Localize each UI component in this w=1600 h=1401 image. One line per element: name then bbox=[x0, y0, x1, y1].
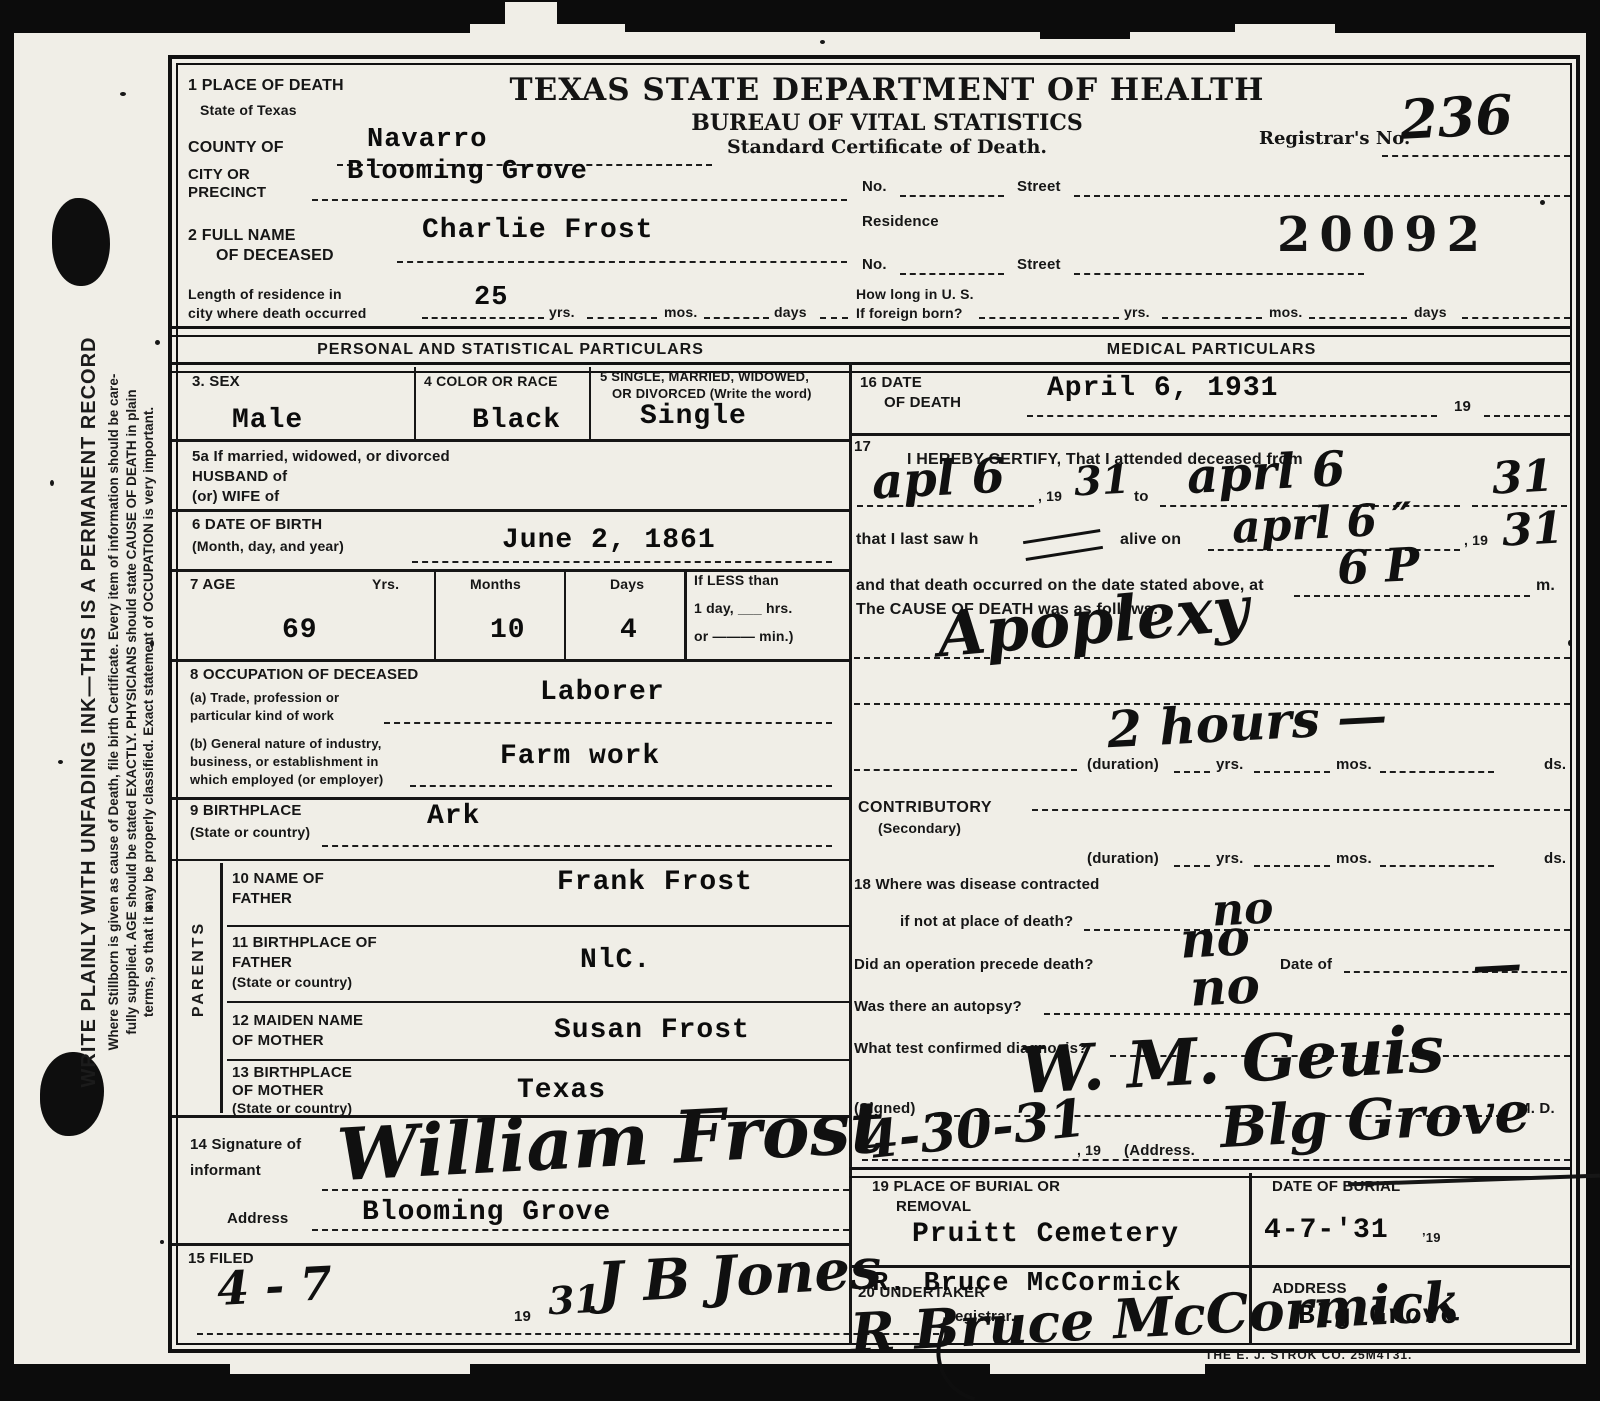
rule bbox=[197, 1333, 939, 1335]
death-certificate-scan: WRITE PLAINLY WITH UNFADING INK—THIS IS … bbox=[0, 0, 1600, 1401]
dob-sublabel: (Month, day, and year) bbox=[192, 539, 344, 555]
rule bbox=[172, 362, 1572, 373]
margin-instruction-line: WRITE PLAINLY WITH UNFADING INK—THIS IS … bbox=[78, 72, 100, 1352]
street-label: Street bbox=[1017, 257, 1061, 274]
if-less-label: If LESS than bbox=[694, 573, 779, 589]
parents-label: PARENTS bbox=[190, 869, 208, 1069]
fullname-label: 2 FULL NAME bbox=[188, 227, 296, 245]
speck bbox=[160, 1240, 164, 1244]
nineteen-label: 19 bbox=[1454, 399, 1471, 416]
mos-label: mos. bbox=[1269, 305, 1302, 321]
date-of-death-value: April 6, 1931 bbox=[1047, 373, 1278, 404]
age-years-value: 69 bbox=[282, 615, 318, 646]
occupation-label: 8 OCCUPATION OF DECEASED bbox=[190, 667, 418, 684]
rule bbox=[979, 317, 1119, 319]
age-days-label: Days bbox=[610, 577, 644, 593]
filed-year-value: 31 bbox=[547, 1278, 602, 1323]
speck bbox=[58, 760, 63, 764]
birthplace-value: Ark bbox=[427, 801, 480, 832]
scan-gap bbox=[505, 2, 557, 24]
husband-of-label: HUSBAND of bbox=[192, 469, 287, 486]
informant-label2: informant bbox=[190, 1163, 261, 1180]
county-label: COUNTY OF bbox=[188, 139, 284, 157]
sex-label: 3. SEX bbox=[192, 374, 240, 391]
street-label: Street bbox=[1017, 179, 1061, 196]
filed-19: 19 bbox=[514, 1309, 531, 1326]
rule bbox=[849, 1265, 1572, 1268]
rule bbox=[820, 317, 848, 319]
mos-label: mos. bbox=[664, 305, 697, 321]
ds-label: ds. bbox=[1544, 851, 1566, 868]
speck bbox=[50, 480, 54, 486]
rule bbox=[384, 722, 832, 724]
rule bbox=[410, 785, 832, 787]
residence-length-label: Length of residence in bbox=[188, 287, 342, 303]
fullname-value: Charlie Frost bbox=[422, 215, 653, 246]
contributory-label: CONTRIBUTORY bbox=[858, 799, 992, 817]
cell-divider bbox=[684, 571, 687, 659]
date-of-death-label: 16 DATE bbox=[860, 375, 922, 392]
father-name-label2: FATHER bbox=[232, 891, 292, 908]
age-months-label: Months bbox=[470, 577, 521, 593]
rule bbox=[322, 845, 832, 847]
father-birthplace-label2: FATHER bbox=[232, 955, 292, 972]
informant-address-value: Blooming Grove bbox=[362, 1197, 611, 1228]
rule bbox=[900, 195, 1004, 197]
no-label: No. bbox=[862, 257, 887, 274]
subtitle: BUREAU OF VITAL STATISTICS bbox=[472, 111, 1302, 136]
rule bbox=[312, 1229, 849, 1231]
attended-from-year: 31 bbox=[1073, 458, 1131, 506]
rule bbox=[1074, 195, 1570, 197]
rule bbox=[1382, 155, 1570, 157]
mother-birthplace-label: 13 BIRTHPLACE bbox=[232, 1065, 352, 1082]
rule bbox=[1344, 971, 1567, 973]
occupation-b-label2: business, or establishment in bbox=[190, 755, 379, 770]
birthplace-label: 9 BIRTHPLACE bbox=[190, 803, 302, 820]
alive-on-label: alive on bbox=[1120, 531, 1181, 549]
cell-divider bbox=[564, 571, 566, 659]
attended-to-value: aprl 6 bbox=[1186, 443, 1347, 505]
rule bbox=[1044, 1013, 1570, 1015]
filed-date-value: 4 - 7 bbox=[216, 1258, 334, 1315]
attended-to-year: 31 bbox=[1491, 451, 1555, 503]
scan-border-left bbox=[0, 0, 14, 1401]
title: TEXAS STATE DEPARTMENT OF HEALTH bbox=[472, 73, 1302, 108]
date-of-burial-value: 4-7-'31 bbox=[1264, 1215, 1389, 1246]
age-days-value: 4 bbox=[620, 615, 638, 646]
how-long-us-label: How long in U. S. bbox=[856, 287, 974, 303]
residence-label: Residence bbox=[862, 214, 939, 231]
duration-value: 2 hours — bbox=[1106, 688, 1389, 759]
rule bbox=[172, 509, 849, 512]
registrar-signature: J B Jones bbox=[596, 1238, 883, 1316]
margin-instruction-line: Where Stillborn is given as cause of Dea… bbox=[106, 72, 121, 1352]
dob-value: June 2, 1861 bbox=[502, 525, 716, 556]
rule bbox=[704, 317, 769, 319]
occupation-b-label3: which employed (or employer) bbox=[190, 773, 383, 788]
father-birthplace-label: 11 BIRTHPLACE OF bbox=[232, 935, 377, 952]
comma-19: , 19 bbox=[1464, 533, 1488, 549]
rule bbox=[849, 433, 1572, 436]
date-of-label: Date of bbox=[1280, 957, 1332, 974]
occupation-a-label: (a) Trade, profession or bbox=[190, 691, 339, 706]
marital-value: Single bbox=[640, 401, 747, 432]
section-17: 17 bbox=[854, 439, 871, 456]
rule bbox=[172, 797, 849, 800]
certificate-body: 1 PLACE OF DEATH State of Texas TEXAS ST… bbox=[168, 55, 1580, 1353]
fullname-label2: OF DECEASED bbox=[216, 247, 334, 265]
scan-border-right bbox=[1586, 0, 1600, 1401]
scan-border-bottom-patch bbox=[0, 1364, 230, 1376]
informant-signature: William Frost bbox=[335, 1087, 885, 1196]
rule bbox=[1254, 771, 1330, 773]
if-less-label3: or ——— min.) bbox=[694, 629, 794, 645]
secondary-label: (Secondary) bbox=[878, 821, 961, 837]
scan-border-top-patch bbox=[0, 24, 470, 33]
scan-border-bottom-patch bbox=[470, 1364, 990, 1375]
married-widowed-label: 5a If married, widowed, or divorced bbox=[192, 449, 450, 466]
burial-19-label: ’19 bbox=[1422, 1231, 1441, 1246]
rule bbox=[1027, 415, 1437, 417]
rule bbox=[1254, 865, 1330, 867]
rule bbox=[412, 561, 832, 563]
rule bbox=[900, 273, 1004, 275]
rule bbox=[227, 925, 849, 927]
rule bbox=[227, 1059, 849, 1061]
rule bbox=[1380, 771, 1494, 773]
occupation-b-label: (b) General nature of industry, bbox=[190, 737, 382, 752]
disease-contracted-label: 18 Where was disease contracted bbox=[854, 877, 1099, 894]
marital-label: 5 SINGLE, MARRIED, WIDOWED, bbox=[600, 370, 809, 385]
margin-instruction-line: fully supplied. AGE should be stated EXA… bbox=[124, 72, 139, 1352]
registrar-no-label: Registrar's No. bbox=[1259, 129, 1410, 149]
ds-label: ds. bbox=[1544, 757, 1566, 774]
subtitle2: Standard Certificate of Death. bbox=[472, 137, 1302, 158]
rule bbox=[854, 769, 1077, 771]
county-value: Navarro bbox=[367, 125, 487, 155]
scribble-mark bbox=[1023, 529, 1103, 561]
mother-name-value: Susan Frost bbox=[554, 1015, 750, 1046]
dob-label: 6 DATE OF BIRTH bbox=[192, 517, 322, 534]
autopsy-label: Was there an autopsy? bbox=[854, 999, 1022, 1016]
city-value: Blooming Grove bbox=[347, 157, 588, 187]
no-label: No. bbox=[862, 179, 887, 196]
rule bbox=[172, 659, 849, 662]
personal-particulars-header: PERSONAL AND STATISTICAL PARTICULARS bbox=[172, 341, 849, 359]
rule bbox=[1309, 317, 1407, 319]
state-label: State of Texas bbox=[200, 103, 297, 119]
rule bbox=[587, 317, 657, 319]
operation-label: Did an operation precede death? bbox=[854, 957, 1094, 974]
informant-address-label: Address bbox=[227, 1211, 288, 1228]
mother-name-label: 12 MAIDEN NAME bbox=[232, 1013, 363, 1030]
rule bbox=[1074, 273, 1364, 275]
mother-birthplace-label2: OF MOTHER bbox=[232, 1083, 324, 1100]
age-months-value: 10 bbox=[490, 615, 526, 646]
rule bbox=[172, 326, 1572, 337]
residence-length-value: 25 bbox=[474, 283, 508, 313]
scan-border-top-patch bbox=[1335, 24, 1600, 33]
rule bbox=[397, 261, 847, 263]
place-of-burial-label2: REMOVAL bbox=[896, 1199, 971, 1216]
autopsy-value: no bbox=[1189, 957, 1262, 1017]
rule bbox=[172, 859, 849, 861]
birthplace-sublabel: (State or country) bbox=[190, 825, 310, 841]
rule bbox=[422, 317, 544, 319]
last-saw-label: that I last saw h bbox=[856, 531, 979, 549]
occupation-b-value: Farm work bbox=[500, 741, 660, 772]
medical-particulars-header: MEDICAL PARTICULARS bbox=[849, 341, 1574, 359]
rule bbox=[312, 199, 847, 201]
file-number-stamp: 20092 bbox=[1277, 209, 1489, 263]
father-birthplace-label3: (State or country) bbox=[232, 975, 352, 991]
rule bbox=[1032, 809, 1570, 811]
rule bbox=[1484, 415, 1570, 417]
not-at-place-label: if not at place of death? bbox=[900, 914, 1073, 931]
duration-label: (duration) bbox=[1087, 757, 1159, 774]
parents-bracket bbox=[220, 863, 223, 1113]
date-of-burial-label: DATE OF BURIAL bbox=[1272, 1179, 1400, 1196]
foreign-born-label: If foreign born? bbox=[856, 306, 963, 322]
rule bbox=[849, 1167, 1572, 1178]
column-divider bbox=[849, 362, 852, 1345]
cell-divider bbox=[589, 367, 591, 439]
registrar-no-value: 236 bbox=[1398, 84, 1514, 150]
rule bbox=[1162, 317, 1262, 319]
rule bbox=[227, 1001, 849, 1003]
margin-instruction-line: terms, so that it may be properly classi… bbox=[141, 72, 156, 1352]
hand-dash: — bbox=[1471, 936, 1524, 995]
rule bbox=[1462, 317, 1570, 319]
race-label: 4 COLOR OR RACE bbox=[424, 374, 558, 390]
address-paren-label: (Address. bbox=[1124, 1143, 1195, 1160]
rule bbox=[1084, 929, 1570, 931]
to-label: to bbox=[1134, 489, 1149, 506]
rule bbox=[1294, 595, 1530, 597]
cell-divider bbox=[434, 571, 436, 659]
death-hour-value: 6 P bbox=[1336, 539, 1421, 595]
attended-from-value: apl 6 bbox=[871, 450, 1007, 511]
place-of-burial-value: Pruitt Cemetery bbox=[912, 1219, 1179, 1250]
scan-border-top-patch bbox=[1040, 24, 1130, 39]
wife-of-label: (or) WIFE of bbox=[192, 489, 279, 506]
last-saw-year: 31 bbox=[1501, 503, 1565, 555]
speck bbox=[820, 40, 825, 44]
father-name-value: Frank Frost bbox=[557, 867, 753, 898]
occupation-a-label2: particular kind of work bbox=[190, 709, 334, 724]
scan-border-top bbox=[0, 0, 1600, 24]
rule bbox=[1174, 771, 1210, 773]
comma-19: , 19 bbox=[1038, 489, 1062, 505]
cell-divider bbox=[414, 367, 416, 439]
city-label2: PRECINCT bbox=[188, 185, 266, 202]
section-1-place-of-death: 1 PLACE OF DEATH bbox=[188, 77, 344, 95]
father-name-label: 10 NAME OF bbox=[232, 871, 324, 888]
city-label: CITY OR bbox=[188, 167, 250, 184]
yrs-label: yrs. bbox=[1124, 305, 1150, 321]
rule bbox=[1380, 865, 1494, 867]
sex-value: Male bbox=[232, 405, 303, 436]
residence-length-label2: city where death occurred bbox=[188, 306, 367, 322]
rule bbox=[1174, 865, 1210, 867]
rule bbox=[172, 439, 849, 442]
date-of-death-label2: OF DEATH bbox=[884, 395, 961, 412]
duration-label: (duration) bbox=[1087, 851, 1159, 868]
place-of-burial-label: 19 PLACE OF BURIAL OR bbox=[872, 1179, 1060, 1196]
yrs-label: yrs. bbox=[1216, 757, 1244, 774]
scan-border-bottom bbox=[0, 1374, 1600, 1401]
informant-label: 14 Signature of bbox=[190, 1137, 301, 1154]
yrs-label: yrs. bbox=[549, 305, 575, 321]
mos-label: mos. bbox=[1336, 757, 1372, 774]
race-value: Black bbox=[472, 405, 561, 436]
mos-label: mos. bbox=[1336, 851, 1372, 868]
mother-name-label2: OF MOTHER bbox=[232, 1033, 324, 1050]
yrs-label: yrs. bbox=[1216, 851, 1244, 868]
age-label: 7 AGE bbox=[190, 577, 235, 594]
days-label: days bbox=[1414, 305, 1447, 321]
physician-address-value: Blg Grove bbox=[1219, 1081, 1532, 1160]
m-label: m. bbox=[1536, 577, 1555, 595]
scan-border-bottom-patch bbox=[1205, 1364, 1600, 1376]
days-label: days bbox=[774, 305, 807, 321]
occupation-a-value: Laborer bbox=[540, 677, 665, 708]
marital-label2: OR DIVORCED (Write the word) bbox=[612, 387, 812, 402]
if-less-label2: 1 day, ___ hrs. bbox=[694, 601, 792, 617]
scan-border-top-patch bbox=[625, 24, 1235, 32]
age-yrs-label: Yrs. bbox=[372, 577, 399, 593]
father-birthplace-value: NlC. bbox=[580, 945, 651, 976]
